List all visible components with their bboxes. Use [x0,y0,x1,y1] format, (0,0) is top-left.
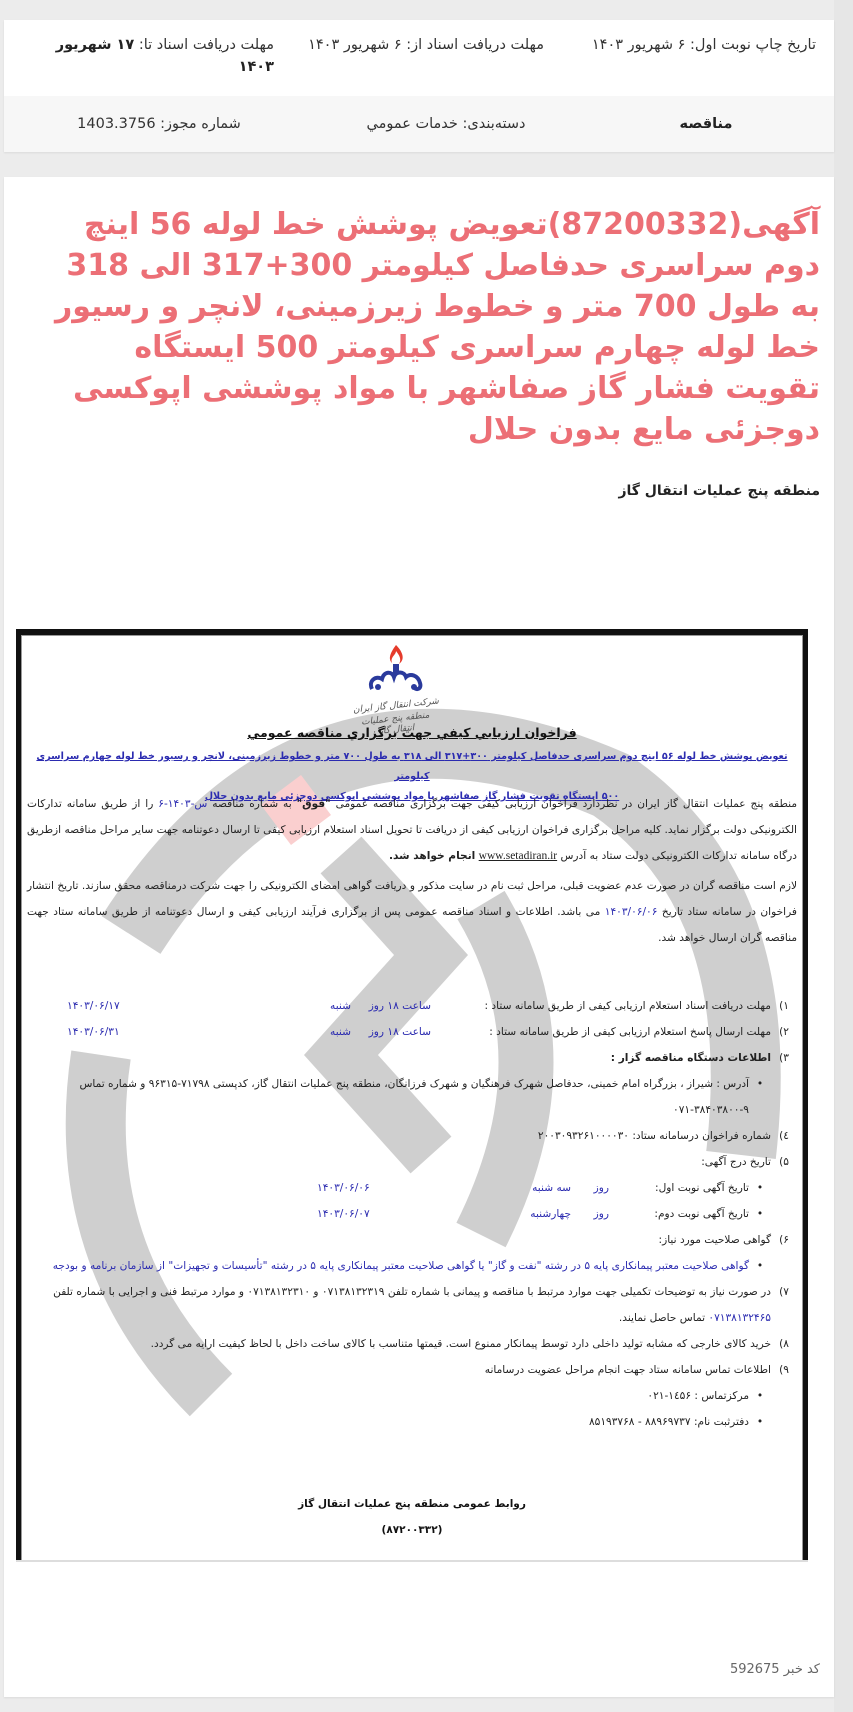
intro-text-4: انجام خواهد شد. [389,850,475,862]
category-value: خدمات عمومي [366,116,457,132]
item-5: ۵) تاریخ درج آگهی: [27,1149,797,1175]
intro-bold: "فوق" [297,798,331,810]
doc-from-value: ۶ شهریور ۱۴۰۳ [308,37,402,53]
item-label: اطلاعات تماس سامانه ستاد جهت انجام مراحل… [27,1357,771,1383]
intro-text-2: به شماره مناقصه [212,798,291,810]
item-number: ۶) [771,1227,797,1253]
article-headline: آگهی(87200332)تعویض پوشش خط لوله 56 اینچ… [30,204,820,450]
doc-from-label: مهلت دریافت اسناد از: [406,37,544,53]
footer-public-relations: روابط عمومی منطقه پنج عملیات انتقال گاز [21,1491,803,1517]
item-number: ۱) [771,993,797,1019]
nigc-flame-logo-icon [366,643,426,695]
item-number: ٤) [771,1123,797,1149]
registration-paragraph: لازم است مناقصه گران در صورت عدم عضویت ق… [27,873,797,951]
item-label: تاریخ درج آگهی: [27,1149,771,1175]
item-hour: ساعت ۱۸ روز [351,1019,431,1045]
item-1: ۱) مهلت دریافت اسناد استعلام ارزیابی کیف… [27,993,797,1019]
item-day: شنبه [181,1019,351,1045]
item-number: ۹) [771,1357,797,1383]
permit-label: شماره مجوز: [160,116,241,132]
address-row: • آدرس : شیراز ، بزرگراه امام خمینی، حدف… [27,1071,797,1123]
print-date: تاریخ چاپ نوبت اول: ۶ شهریور ۱۴۰۳ [544,34,816,96]
call-center-text: مرکزتماس : ۱٤۵۶-۰۲۱ [27,1383,749,1409]
organization-name: منطقه پنج عملیات انتقال گاز [618,483,820,499]
meta-info-row: مناقصه دسته‌بندی: خدمات عمومي شماره مجوز… [4,96,834,152]
item-6: ۶) گواهی صلاحیت مورد نیاز: [27,1227,797,1253]
call-center-row: • مرکزتماس : ۱٤۵۶-۰۲۱ [27,1383,797,1409]
item-text-2: تماس حاصل نمایند. [619,1312,705,1324]
item-7: ۷) در صورت نیاز به توضیحات تکمیلی جهت مو… [27,1279,797,1331]
ad-date-label: تاریخ آگهی نوبت دوم: [609,1201,749,1227]
item-date: ۱۴۰۳/۰۶/۱۷ [27,993,181,1019]
registry-text: دفترثبت نام: ۸۸۹۶۹۷۳۷ - ۸۵۱۹۳۷۶۸ [27,1409,749,1435]
news-code: کد خبر 592675 [730,1662,820,1677]
print-date-label: تاریخ چاپ نوبت اول: [690,37,816,53]
ad-date-day-label: روز [571,1201,609,1227]
item-2: ۲) مهلت ارسال پاسخ استعلام ارزیابی کیفی … [27,1019,797,1045]
bullet-icon: • [749,1409,771,1435]
item-text: خرید کالای خارجی که مشابه تولید داخلی دا… [27,1331,771,1357]
intro-text-1: منطقه پنج عملیات انتقال گاز ایران در نظر… [336,798,797,810]
ad-date-day-label: روز [571,1175,609,1201]
item-label: مهلت ارسال پاسخ استعلام ارزیابی کیفی از … [431,1019,771,1045]
ad-date-day: سه شنبه [431,1175,571,1201]
item-3: ۳) اطلاعات دستگاه مناقصه گزار : [27,1045,797,1071]
bullet-icon: • [749,1071,771,1123]
scrollbar-track[interactable] [834,0,853,1712]
item-label: مهلت دریافت اسناد استعلام ارزیابی کیفی ا… [431,993,771,1019]
bullet-icon: • [749,1253,771,1279]
tender-type: مناقصه [596,116,816,132]
registry-row: • دفترثبت نام: ۸۸۹۶۹۷۳۷ - ۸۵۱۹۳۷۶۸ [27,1409,797,1435]
document-intro: منطقه پنج عملیات انتقال گاز ایران در نظر… [27,791,797,951]
news-code-label: کد خبر [784,1662,820,1677]
page: تاریخ چاپ نوبت اول: ۶ شهریور ۱۴۰۳ مهلت د… [0,0,853,1712]
publish-date: ۱۴۰۳/۰۶/۰۶ [605,906,658,918]
document-bottom-edge [16,1560,808,1562]
item-number: ۳) [771,1045,797,1071]
item-number: ۲) [771,1019,797,1045]
doc-to-date: مهلت دریافت اسناد تا: ۱۷ شهریور ۱۴۰۳ [22,34,274,96]
ad-date-label: تاریخ آگهی نوبت اول: [609,1175,749,1201]
print-date-value: ۶ شهریور ۱۴۰۳ [592,37,686,53]
ad-date-row-1: • تاریخ آگهی نوبت اول: روز سه شنبه ۱۴۰۳/… [27,1175,797,1201]
bullet-icon: • [749,1175,771,1201]
technical-phone: ۰۷۱۳۸۱۳۲۴۶۵ [708,1312,771,1324]
news-code-value: 592675 [730,1662,780,1677]
certificate-row: • گواهی صلاحیت معتبر پیمانکاری پایه ۵ در… [27,1253,797,1279]
intro-paragraph: منطقه پنج عملیات انتقال گاز ایران در نظر… [27,791,797,869]
meta-dates-row: تاریخ چاپ نوبت اول: ۶ شهریور ۱۴۰۳ مهلت د… [4,20,834,96]
document-title: فراخوان ارزيابي كيفي جهت برگزاري مناقصه … [21,725,803,740]
doc-to-label: مهلت دریافت اسناد تا: [139,37,274,53]
category: دسته‌بندی: خدمات عمومي [296,116,596,132]
item-number: ۸) [771,1331,797,1357]
item-label: اطلاعات دستگاه مناقصه گزار : [27,1045,771,1071]
item-hour: ساعت ۱۸ روز [351,993,431,1019]
document-items: ۱) مهلت دریافت اسناد استعلام ارزیابی کیف… [27,993,797,1435]
tender-document-image: شرکت انتقال گاز ایران منطقه پنج عملیات ا… [16,629,808,1560]
doc-from-date: مهلت دریافت اسناد از: ۶ شهریور ۱۴۰۳ [274,34,544,96]
item-8: ۸) خرید کالای خارجی که مشابه تولید داخلی… [27,1331,797,1357]
ad-date-value: ۱۴۰۳/۰۶/۰۷ [27,1201,431,1227]
tender-meta-card: تاریخ چاپ نوبت اول: ۶ شهریور ۱۴۰۳ مهلت د… [4,20,834,152]
document-footer: روابط عمومی منطقه پنج عملیات انتقال گاز … [21,1491,803,1543]
nigc-logo: شرکت انتقال گاز ایران منطقه پنج عملیات ا… [351,643,441,723]
category-label: دسته‌بندی: [463,116,526,132]
item-label: شماره فراخوان درسامانه ستاد: [632,1130,771,1142]
ad-date-row-2: • تاریخ آگهی نوبت دوم: روز چهارشنبه ۱۴۰۳… [27,1201,797,1227]
setadiran-link[interactable]: www.setadiran.ir [479,850,557,862]
address-text: آدرس : شیراز ، بزرگراه امام خمینی، حدفاص… [27,1071,749,1123]
footer-ad-code: (۸۷۲۰۰۳۳۲) [21,1517,803,1543]
item-9: ۹) اطلاعات تماس سامانه ستاد جهت انجام مر… [27,1357,797,1383]
permit-value: 1403.3756 [77,116,155,132]
bullet-icon: • [749,1201,771,1227]
item-day: شنبه [181,993,351,1019]
bullet-icon: • [749,1383,771,1409]
ad-date-day: چهارشنبه [431,1201,571,1227]
item-number: ۷) [771,1279,797,1305]
item-value: ۲۰۰۳۰۹۳۲۶۱۰۰۰۰۳۰ [538,1130,629,1142]
ad-date-value: ۱۴۰۳/۰۶/۰۶ [27,1175,431,1201]
item-date: ۱۴۰۳/۰۶/۳۱ [27,1019,181,1045]
permit: شماره مجوز: 1403.3756 [22,116,296,132]
item-content: شماره فراخوان درسامانه ستاد: ۲۰۰۳۰۹۳۲۶۱۰… [27,1123,771,1149]
tender-number: س-۱۴۰۳-۶ [158,798,207,810]
item-content: در صورت نیاز به توضیحات تکمیلی جهت موارد… [27,1279,771,1331]
item-text-1: در صورت نیاز به توضیحات تکمیلی جهت موارد… [53,1286,771,1298]
document-subtitle-line-1: تعویض پوشش خط لوله ۵۶ اینچ دوم سراسری حد… [25,747,799,787]
certificate-text: گواهی صلاحیت معتبر پیمانکاری پایه ۵ در ر… [27,1253,749,1279]
item-4: ٤) شماره فراخوان درسامانه ستاد: ۲۰۰۳۰۹۳۲… [27,1123,797,1149]
item-number: ۵) [771,1149,797,1175]
item-label: گواهی صلاحیت مورد نیاز: [27,1227,771,1253]
